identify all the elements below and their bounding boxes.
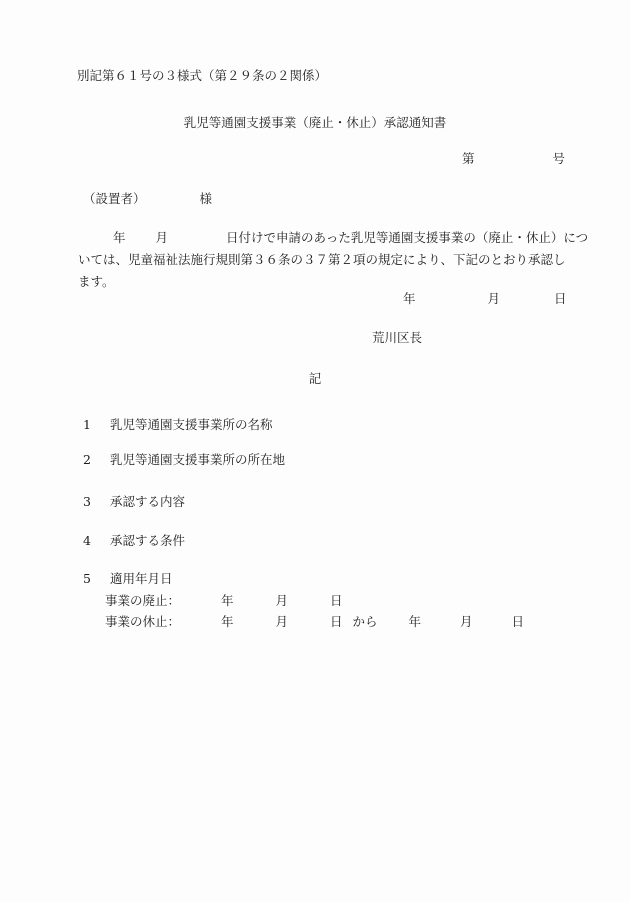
issue-year-label: 年 xyxy=(403,291,416,306)
document-page: 別記第６１号の３様式（第２９条の２関係） 乳児等通園支援事業（廃止・休止）承認通… xyxy=(0,0,630,903)
item-number: 4 xyxy=(83,533,91,548)
body-line1-text: 日付けで申請のあった乳児等通園支援事業の（廃止・休止）につ xyxy=(226,230,588,245)
item-number: 1 xyxy=(83,417,91,432)
item-label: 適用年月日 xyxy=(110,571,173,586)
item-number: 5 xyxy=(83,571,91,586)
document-number-line: 第 号 xyxy=(462,151,565,166)
list-item-5: 5 適用年月日 xyxy=(83,571,172,586)
suspend-end-month-label: 月 xyxy=(460,614,473,629)
discontinue-day-label: 日 xyxy=(330,593,343,608)
suspend-end-day-label: 日 xyxy=(512,614,525,629)
discontinue-month-label: 月 xyxy=(276,593,289,608)
item-label: 承認する条件 xyxy=(110,533,185,548)
suspend-start-day-label: 日 xyxy=(330,614,343,629)
record-marker: 記 xyxy=(0,371,630,386)
issue-date-line: 年 月 日 xyxy=(403,291,567,306)
addressee-honorific: 様 xyxy=(200,191,213,206)
issue-month-label: 月 xyxy=(488,291,501,306)
addressee-placeholder: （設置者） xyxy=(83,191,146,206)
suspend-conjunction: から xyxy=(353,614,378,629)
issuer-name: 荒川区長 xyxy=(372,330,422,345)
doc-number-suffix: 号 xyxy=(553,151,566,166)
doc-number-prefix: 第 xyxy=(462,151,475,166)
body-month-label: 月 xyxy=(156,230,169,245)
list-item-4: 4 承認する条件 xyxy=(83,533,185,548)
body-year-label: 年 xyxy=(113,230,126,245)
suspend-end-year-label: 年 xyxy=(409,614,422,629)
list-item-1: 1 乳児等通園支援事業所の名称 xyxy=(83,417,272,432)
addressee-line: （設置者） 様 xyxy=(83,191,212,206)
item-label: 承認する内容 xyxy=(110,494,185,509)
suspend-period-line: 事業の休止： 年 月 日 から 年 月 日 xyxy=(105,614,524,629)
list-item-3: 3 承認する内容 xyxy=(83,494,185,509)
body-line-2: いては、児童福祉法施行規則第３６条の３７第２項の規定により、下記のとおり承認し xyxy=(78,252,566,267)
document-title: 乳児等通園支援事業（廃止・休止）承認通知書 xyxy=(0,115,630,130)
form-reference: 別記第６１号の３様式（第２９条の２関係） xyxy=(77,68,327,83)
item-label: 乳児等通園支援事業所の所在地 xyxy=(110,452,285,467)
discontinue-date-line: 事業の廃止： 年 月 日 xyxy=(105,593,343,608)
item-number: 2 xyxy=(83,452,91,467)
issue-day-label: 日 xyxy=(554,291,567,306)
item-label: 乳児等通園支援事業所の名称 xyxy=(110,417,273,432)
item-number: 3 xyxy=(83,494,91,509)
discontinue-year-label: 年 xyxy=(221,593,234,608)
list-item-2: 2 乳児等通園支援事業所の所在地 xyxy=(83,452,285,467)
suspend-label: 事業の休止： xyxy=(105,614,180,629)
discontinue-label: 事業の廃止： xyxy=(105,593,180,608)
body-line-3: ます。 xyxy=(78,274,115,289)
suspend-start-year-label: 年 xyxy=(221,614,234,629)
suspend-start-month-label: 月 xyxy=(276,614,289,629)
body-line-1: 年 月 日付けで申請のあった乳児等通園支援事業の（廃止・休止）につ xyxy=(113,230,588,245)
